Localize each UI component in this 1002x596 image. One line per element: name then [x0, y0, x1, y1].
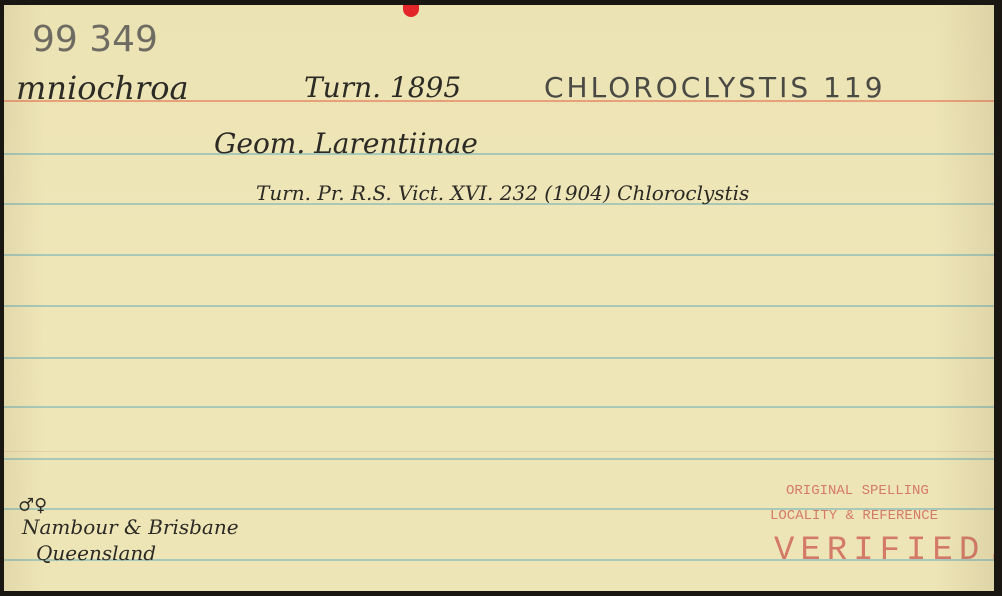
ruled-line	[4, 458, 994, 460]
stamp-verified: VERIFIED.	[774, 532, 994, 570]
locality-line-2: Queensland	[36, 541, 156, 565]
species-author: Turn. 1895	[304, 71, 461, 104]
catalog-number: 99 349	[32, 19, 158, 60]
current-genus: CHLOROCLYSTIS 119	[544, 71, 886, 104]
ruled-line	[4, 254, 994, 256]
reference: Turn. Pr. R.S. Vict. XVI. 232 (1904) Chl…	[256, 181, 749, 205]
locality-line-1: Nambour & Brisbane	[22, 515, 239, 539]
original-genus: Geom. Larentiinae	[214, 127, 478, 160]
stamp-original-spelling: ORIGINAL SPELLING	[786, 483, 929, 499]
ruled-line	[4, 153, 994, 155]
stamp-locality-reference: LOCALITY & REFERENCE	[770, 508, 938, 524]
ruled-line-faint	[4, 451, 994, 452]
ruled-line	[4, 406, 994, 408]
index-card: 99 349 mniochroa Turn. 1895 CHLOROCLYSTI…	[4, 5, 994, 591]
red-pin-mark	[403, 5, 419, 17]
sex-symbols: ♂♀	[18, 495, 47, 516]
species-name: mniochroa	[16, 69, 189, 107]
ruled-line	[4, 357, 994, 359]
ruled-line	[4, 305, 994, 307]
